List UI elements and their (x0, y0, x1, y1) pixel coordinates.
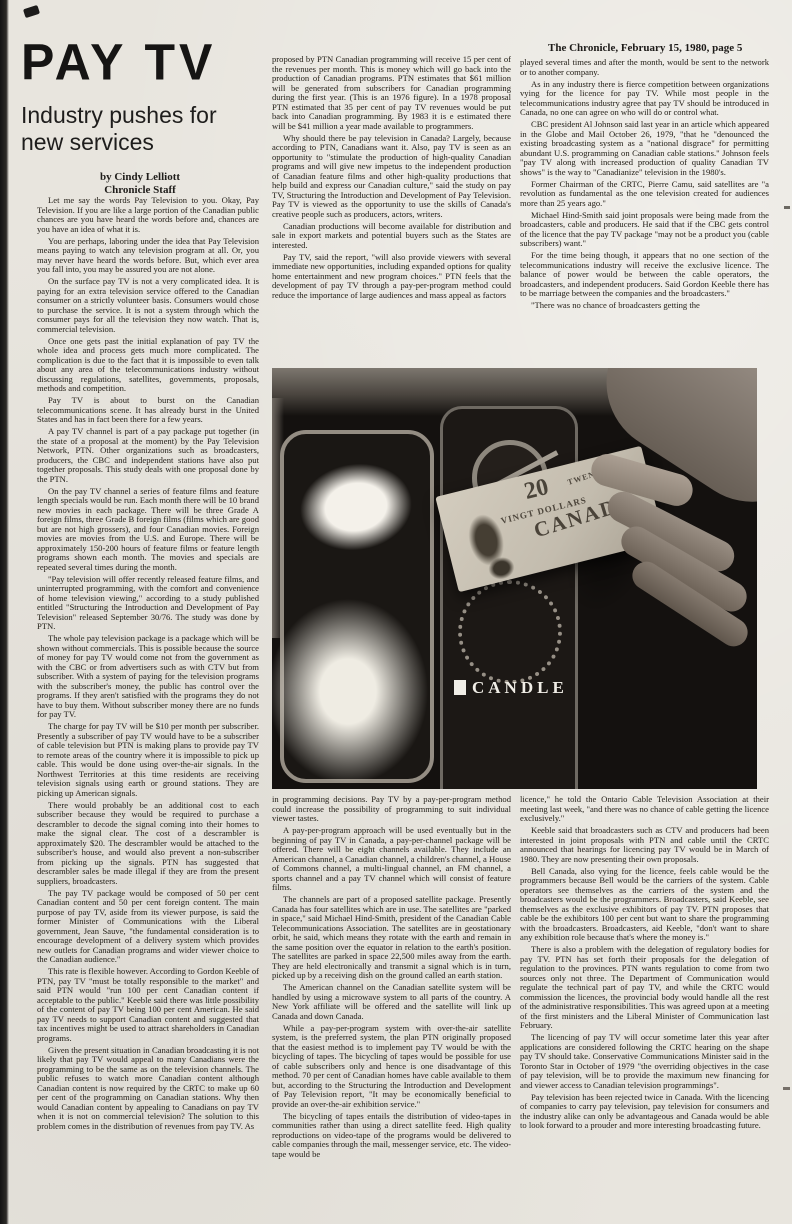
article-paragraph: Michael Hind-Smith said joint proposals … (520, 211, 769, 249)
article-paragraph: Pay TV, said the report, "will also prov… (272, 253, 511, 301)
article-paragraph: Canadian productions will become availab… (272, 222, 511, 251)
article-paragraph: While a pay-per-program system with over… (272, 1024, 511, 1110)
article-paragraph: Pay TV is about to burst on the Canadian… (37, 396, 259, 425)
bill-denomination: 20 (522, 474, 552, 506)
article-paragraph: Why should there be pay television in Ca… (272, 134, 511, 220)
article-paragraph: This rate is flexible however. According… (37, 967, 259, 1043)
scan-speck (23, 5, 40, 18)
article-column-1: Let me say the words Pay Television to y… (37, 196, 259, 1134)
article-paragraph: Let me say the words Pay Television to y… (37, 196, 259, 234)
candle-logo-square (454, 680, 466, 695)
article-paragraph: Pay television has been rejected twice i… (520, 1093, 769, 1131)
byline-block: by Cindy Lelliott Chronicle Staff (21, 171, 259, 197)
article-paragraph: You are perhaps, laboring under the idea… (37, 237, 259, 275)
article-paragraph: The channels are part of a proposed sate… (272, 895, 511, 981)
television-set (280, 430, 434, 783)
article-paragraph: Bell Canada, also vying for the licence,… (520, 867, 769, 943)
article-paragraph: A pay TV channel is part of a pay packag… (37, 427, 259, 484)
article-photo: 20 TWENTY VINGT DOLLARS CANADA CANDLE (272, 368, 757, 789)
byline-author: by Cindy Lelliott (21, 171, 259, 184)
scan-speck (783, 1087, 790, 1090)
article-paragraph: proposed by PTN Canadian programming wil… (272, 55, 511, 131)
article-paragraph: licence," he told the Ontario Cable Tele… (520, 795, 769, 824)
page-title: PAY TV (21, 38, 259, 87)
article-paragraph: The charge for pay TV will be $10 per mo… (37, 722, 259, 798)
article-column-2-bottom: in programming decisions. Pay TV by a pa… (272, 795, 511, 1162)
article-paragraph: played several times and after the month… (520, 58, 769, 77)
article-paragraph: For the time being though, it appears th… (520, 251, 769, 299)
article-column-3-top: played several times and after the month… (520, 58, 769, 313)
article-column-2-top: proposed by PTN Canadian programming wil… (272, 55, 511, 303)
candle-brand-label: CANDLE (454, 678, 568, 698)
article-paragraph: The American channel on the Canadian sat… (272, 983, 511, 1021)
masthead: The Chronicle, February 15, 1980, page 5 (548, 42, 768, 54)
article-paragraph: CBC president Al Johnson said last year … (520, 120, 769, 177)
scan-edge-bar (0, 0, 9, 1224)
article-paragraph: A pay-per-program approach will be used … (272, 826, 511, 893)
article-paragraph: On the surface pay TV is not a very comp… (37, 277, 259, 334)
article-paragraph: Keeble said that broadcasters such as CT… (520, 826, 769, 864)
candle-brand-text: CANDLE (472, 678, 568, 697)
article-paragraph: Given the present situation in Canadian … (37, 1046, 259, 1132)
article-paragraph: The bicycling of tapes entails the distr… (272, 1112, 511, 1160)
article-paragraph: "Pay television will offer recently rele… (37, 575, 259, 632)
article-paragraph: The licencing of pay TV will occur somet… (520, 1033, 769, 1090)
article-paragraph: Former Chairman of the CRTC, Pierre Camu… (520, 180, 769, 209)
article-paragraph: "There was no chance of broadcasters get… (520, 301, 769, 311)
scan-speck (784, 206, 790, 209)
subheadline: Industry pushes for new services (21, 102, 259, 156)
headline-block: PAY TV Industry pushes for new services … (21, 38, 259, 197)
article-paragraph: in programming decisions. Pay TV by a pa… (272, 795, 511, 824)
article-paragraph: The whole pay television package is a pa… (37, 634, 259, 720)
article-paragraph: Once one gets past the initial explanati… (37, 337, 259, 394)
tv-screen-glare (295, 457, 418, 558)
article-column-3-bottom: licence," he told the Ontario Cable Tele… (520, 795, 769, 1133)
article-paragraph: The pay TV package would be composed of … (37, 889, 259, 965)
article-paragraph: On the pay TV channel a series of featur… (37, 487, 259, 573)
article-paragraph: As in any industry there is fierce compe… (520, 80, 769, 118)
newspaper-page: The Chronicle, February 15, 1980, page 5… (0, 0, 792, 1224)
article-paragraph: There is also a problem with the delegat… (520, 945, 769, 1031)
tv-screen-glow (272, 599, 428, 784)
article-paragraph: There would probably be an additional co… (37, 801, 259, 887)
